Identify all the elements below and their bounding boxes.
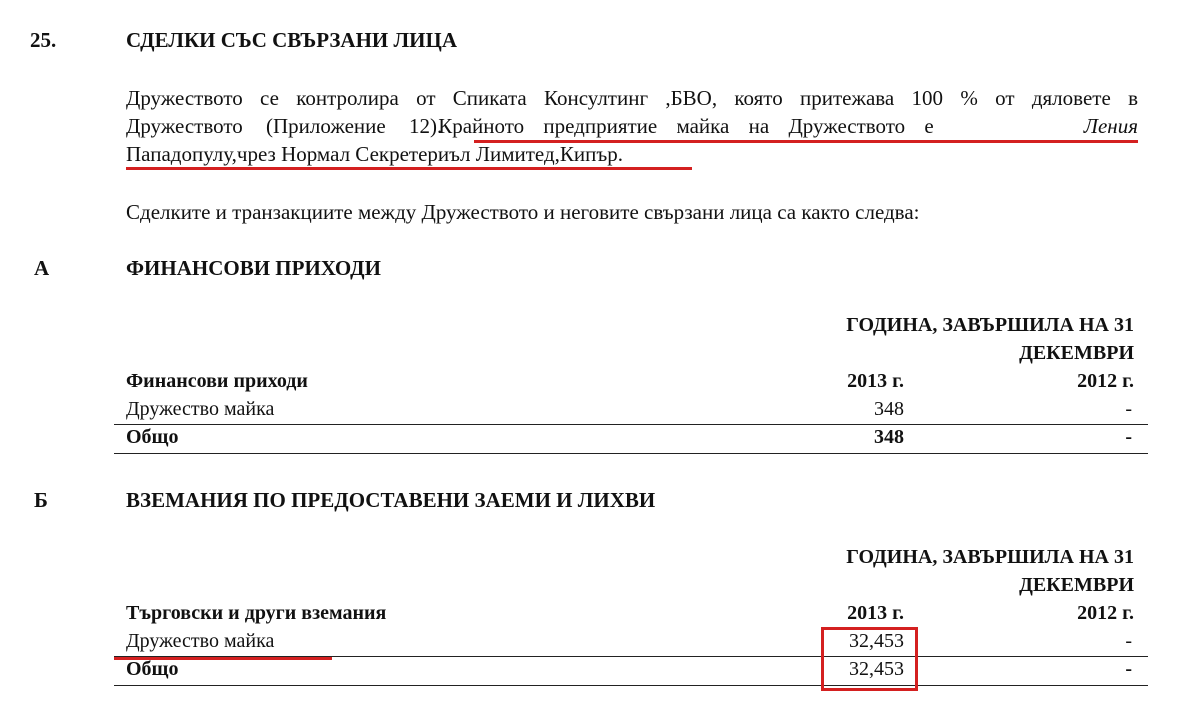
transactions-intro: Сделките и транзакциите между Дружествот… <box>126 198 919 226</box>
intro-line-2-plain: Дружеството (Приложение 12). <box>126 112 442 140</box>
a-row-divider <box>114 424 1148 425</box>
a-total-2012: - <box>1125 426 1132 449</box>
a-row-header: Финансови приходи <box>126 370 308 393</box>
intro-line-2: Дружеството (Приложение 12). Крайното пр… <box>126 112 1138 140</box>
b-total-2012: - <box>1125 658 1132 681</box>
b-period-header-line2: ДЕКЕМВРИ <box>1019 574 1134 597</box>
a-period-header-line2: ДЕКЕМВРИ <box>1019 342 1134 365</box>
a-total-label: Общо <box>126 426 178 449</box>
intro-line-2-highlight: Крайното предприятие майка на Дружествот… <box>438 112 1084 140</box>
highlight-underline-ultimate-parent <box>474 140 1138 143</box>
b-col-2012: 2012 г. <box>1077 602 1134 625</box>
a-col-2013: 2013 г. <box>847 370 904 393</box>
a-col-2012: 2012 г. <box>1077 370 1134 393</box>
a-period-header-line1: ГОДИНА, ЗАВЪРШИЛА НА 31 <box>846 314 1134 337</box>
a-row-2012: - <box>1125 398 1132 421</box>
intro-line-1: Дружеството се контролира от Спиката Кон… <box>126 84 1138 112</box>
a-row-2013: 348 <box>874 398 904 421</box>
subsection-a-letter: А <box>34 256 49 281</box>
b-row-2012: - <box>1125 630 1132 653</box>
intro-line-2-name: Ления <box>1084 112 1138 140</box>
subsection-b-title: ВЗЕМАНИЯ ПО ПРЕДОСТАВЕНИ ЗАЕМИ И ЛИХВИ <box>126 488 655 513</box>
highlight-underline-intermediary <box>126 167 692 170</box>
a-row-label: Дружество майка <box>126 398 274 421</box>
b-total-label: Общо <box>126 658 178 681</box>
highlight-box-receivables-2013 <box>821 627 918 691</box>
a-total-divider <box>114 453 1148 454</box>
b-period-header-line1: ГОДИНА, ЗАВЪРШИЛА НА 31 <box>846 546 1134 569</box>
subsection-a-title: ФИНАНСОВИ ПРИХОДИ <box>126 256 381 281</box>
b-col-2013: 2013 г. <box>847 602 904 625</box>
b-row-header: Търговски и други вземания <box>126 602 386 625</box>
section-number: 25. <box>30 28 56 53</box>
intro-line-3: Пападопулу,чрез Нормал Секретериъл Лимит… <box>126 140 623 168</box>
b-total-divider <box>114 685 1148 686</box>
b-row-label: Дружество майка <box>126 630 274 653</box>
a-total-2013: 348 <box>874 426 904 449</box>
subsection-b-letter: Б <box>34 488 48 513</box>
section-title: СДЕЛКИ СЪС СВЪРЗАНИ ЛИЦА <box>126 28 457 53</box>
